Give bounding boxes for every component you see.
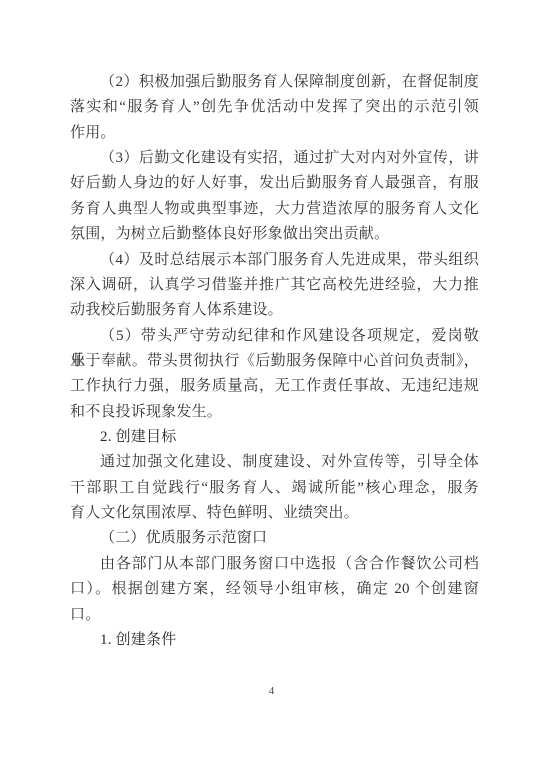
paragraph: 由各部门从本部门服务窗口中选报（含合作餐饮公司档 口）。根据创建方案，经领导小组… — [70, 552, 479, 628]
paragraph: （2）积极加强后勤服务育人保障制度创新，在督促制度 落实和“服务育人”创先争优活… — [70, 70, 479, 146]
text-line: 工作执行力强，服务质量高，无工作责任事故、无违纪违规 — [70, 374, 479, 399]
paragraph: （4）及时总结展示本部门服务育人先进成果，带头组织 深入调研，认真学习借鉴并推广… — [70, 248, 479, 324]
text-line: （3）后勤文化建设有实招，通过扩大对内对外宣传，讲 — [70, 146, 479, 171]
text-line: 氛围，为树立后勤整体良好形象做出突出贡献。 — [70, 222, 479, 247]
text-line: 好后勤人身边的好人好事，发出后勤服务育人最强音，有服 — [70, 171, 479, 196]
text-line: 和不良投诉现象发生。 — [70, 400, 479, 425]
section-heading: （二）优质服务示范窗口 — [70, 526, 479, 551]
text-line: 作用。 — [70, 121, 479, 146]
text-line: 口）。根据创建方案，经领导小组审核，确定 20 个创建窗 — [70, 577, 479, 602]
text-line: （4）及时总结展示本部门服务育人先进成果，带头组织 — [70, 248, 479, 273]
heading-line: 1. 创建条件 — [70, 628, 479, 653]
text-line: 乐于奉献。带头贯彻执行《后勤服务保障中心首问负责制》， — [70, 349, 479, 374]
section-heading: 2. 创建目标 — [70, 425, 479, 450]
heading-line: 2. 创建目标 — [70, 425, 479, 450]
paragraph: （5）带头严守劳动纪律和作风建设各项规定，爱岗敬业， 乐于奉献。带头贯彻执行《后… — [70, 324, 479, 425]
text-line: 育人文化氛围浓厚、特色鲜明、业绩突出。 — [70, 501, 479, 526]
text-line: 务育人典型人物或典型事迹，大力营造浓厚的服务育人文化 — [70, 197, 479, 222]
text-line: 由各部门从本部门服务窗口中选报（含合作餐饮公司档 — [70, 552, 479, 577]
document-text-block: （2）积极加强后勤服务育人保障制度创新，在督促制度 落实和“服务育人”创先争优活… — [70, 70, 479, 653]
text-line: 深入调研，认真学习借鉴并推广其它高校先进经验，大力推 — [70, 273, 479, 298]
text-line: 动我校后勤服务育人体系建设。 — [70, 298, 479, 323]
paragraph: 通过加强文化建设、制度建设、对外宣传等，引导全体 干部职工自觉践行“服务育人、竭… — [70, 450, 479, 526]
text-line: （2）积极加强后勤服务育人保障制度创新，在督促制度 — [70, 70, 479, 95]
section-heading: 1. 创建条件 — [70, 628, 479, 653]
text-line: （5）带头严守劳动纪律和作风建设各项规定，爱岗敬业， — [70, 324, 479, 349]
text-line: 落实和“服务育人”创先争优活动中发挥了突出的示范引领 — [70, 95, 479, 120]
paragraph: （3）后勤文化建设有实招，通过扩大对内对外宣传，讲 好后勤人身边的好人好事，发出… — [70, 146, 479, 247]
heading-line: （二）优质服务示范窗口 — [70, 526, 479, 551]
page-number: 4 — [269, 685, 275, 697]
page-footer: 4 — [0, 681, 543, 699]
document-page: （2）积极加强后勤服务育人保障制度创新，在督促制度 落实和“服务育人”创先争优活… — [0, 0, 543, 768]
text-line: 干部职工自觉践行“服务育人、竭诚所能”核心理念，服务 — [70, 476, 479, 501]
text-line: 通过加强文化建设、制度建设、对外宣传等，引导全体 — [70, 450, 479, 475]
text-line: 口。 — [70, 603, 479, 628]
